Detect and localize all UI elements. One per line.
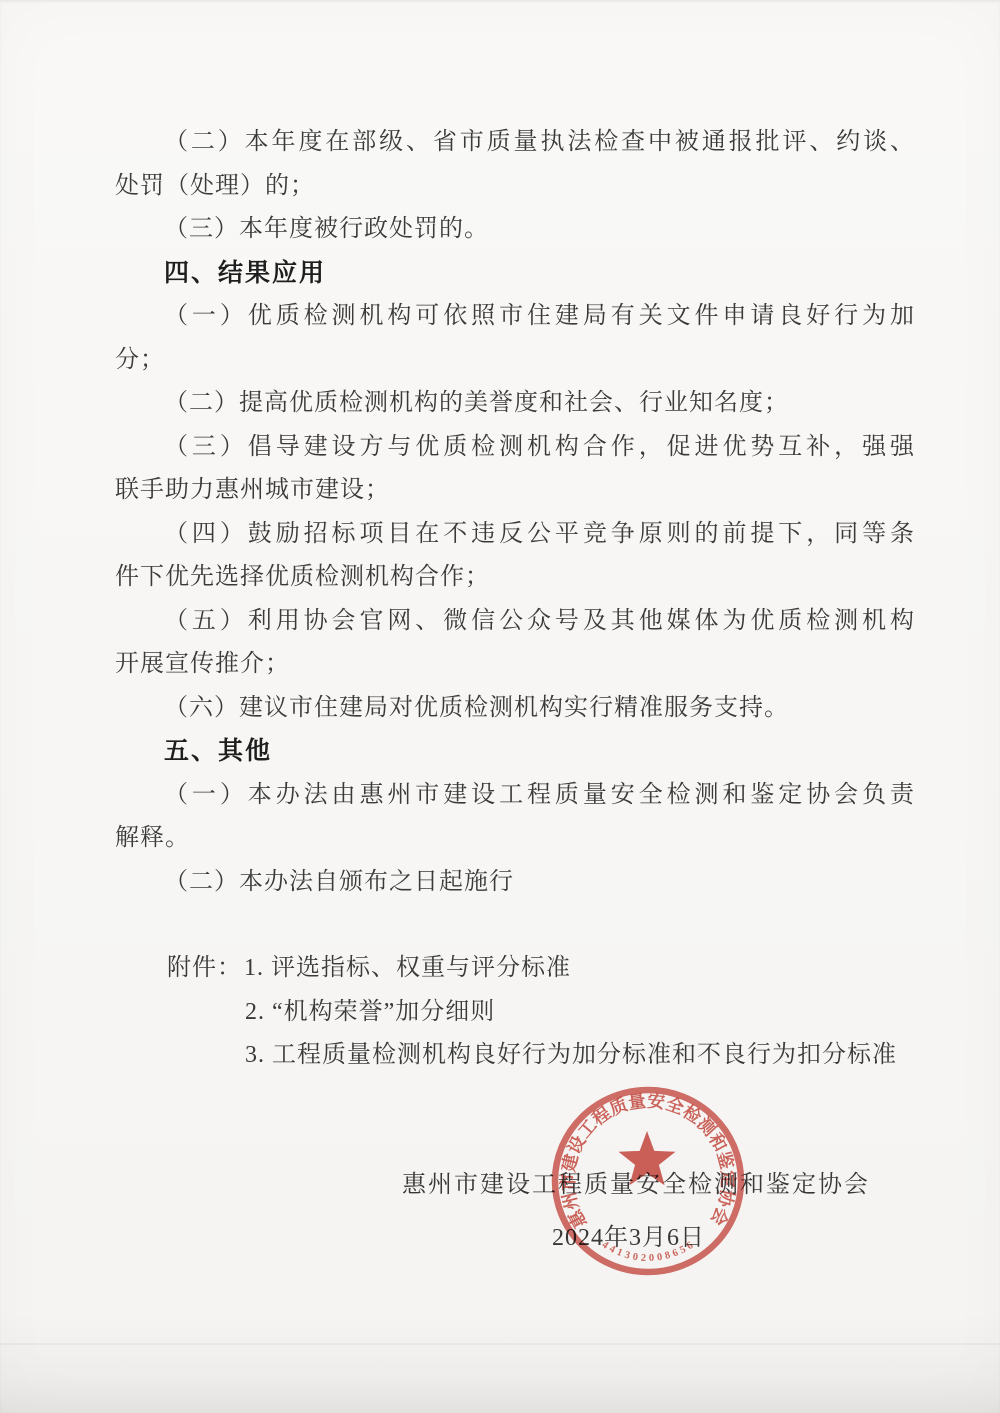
body-line: 解释。: [115, 817, 915, 861]
body-line: （四）鼓励招标项目在不违反公平竞争原则的前提下，同等条: [115, 513, 915, 557]
body-line: （六）建议市住建局对优质检测机构实行精准服务支持。: [115, 687, 915, 731]
body-line: （三）本年度被行政处罚的。: [115, 208, 915, 252]
signature-date: 2024年3月6日: [552, 1216, 915, 1260]
body-line: （二）提高优质检测机构的美誉度和社会、行业知名度；: [115, 382, 915, 426]
body-line: （三）倡导建设方与优质检测机构合作，促进优势互补，强强: [115, 426, 915, 470]
attachments-label: 附件：: [167, 955, 242, 981]
body-line: 件下优先选择优质检测机构合作；: [115, 556, 915, 600]
body-line: 联手助力惠州城市建设；: [115, 469, 915, 513]
attachment-item-2: 2. “机构荣誉”加分细则: [245, 991, 915, 1035]
attachment-item-3: 3. 工程质量检测机构良好行为加分标准和不良行为扣分标准: [245, 1034, 915, 1078]
signature-block: 惠州市建设工程质量安全检测和鉴定协会 2024年3月6日: [115, 1163, 915, 1260]
body-line: （一）优质检测机构可依照市住建局有关文件申请良好行为加: [115, 295, 915, 339]
body-line: （二）本年度在部级、省市质量执法检查中被通报批评、约谈、: [115, 121, 915, 165]
section-heading: 五、其他: [115, 730, 915, 774]
signature-organization: 惠州市建设工程质量安全检测和鉴定协会: [402, 1163, 915, 1207]
body-line: （一）本办法由惠州市建设工程质量安全检测和鉴定协会负责: [115, 774, 915, 818]
attachment-line: 附件：1. 评选指标、权重与评分标准: [167, 947, 915, 991]
section-heading: 四、结果应用: [115, 252, 915, 296]
attachments-block: 附件：1. 评选指标、权重与评分标准 2. “机构荣誉”加分细则 3. 工程质量…: [115, 947, 915, 1078]
attachment-item-1: 1. 评选指标、权重与评分标准: [244, 955, 571, 981]
document-body: （二）本年度在部级、省市质量执法检查中被通报批评、约谈、 处罚（处理）的； （三…: [115, 121, 915, 1260]
body-line: 分；: [115, 339, 915, 383]
body-line: （五）利用协会官网、微信公众号及其他媒体为优质检测机构: [115, 600, 915, 644]
body-line: （二）本办法自颁布之日起施行: [115, 861, 915, 905]
body-line: 开展宣传推介；: [115, 643, 915, 687]
body-line: 处罚（处理）的；: [115, 165, 915, 209]
document-page: （二）本年度在部级、省市质量执法检查中被通报批评、约谈、 处罚（处理）的； （三…: [0, 0, 1000, 1413]
